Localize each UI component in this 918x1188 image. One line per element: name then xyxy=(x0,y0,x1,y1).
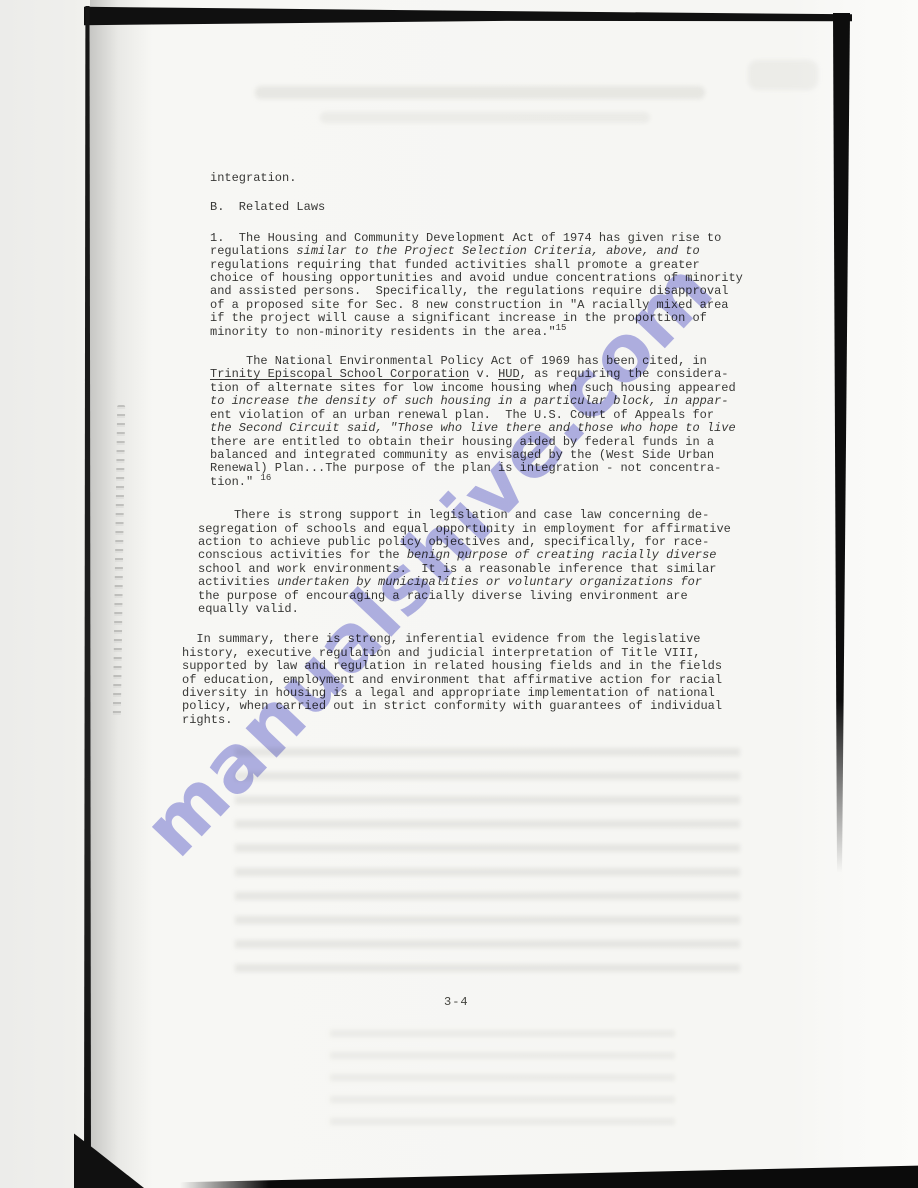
text-line: regulations requiring that funded activi… xyxy=(210,259,782,272)
text-line: equally valid. xyxy=(198,603,782,616)
text-line: integration. xyxy=(210,172,782,185)
text-line: The National Environmental Policy Act of… xyxy=(210,355,782,368)
scan-top-edge-bar xyxy=(84,5,852,27)
text-line: to increase the density of such housing … xyxy=(210,395,782,408)
page-number: 3-4 xyxy=(444,995,469,1009)
showthrough-text-block xyxy=(235,748,740,988)
text-line: In summary, there is strong, inferential… xyxy=(182,633,782,646)
showthrough-smudge xyxy=(748,60,818,90)
line-integration: integration. xyxy=(210,172,782,185)
text-line: tion of alternate sites for low income h… xyxy=(210,382,782,395)
text-line: B. Related Laws xyxy=(210,201,782,214)
showthrough-smudge xyxy=(255,86,705,99)
heading-related-laws: B. Related Laws xyxy=(210,201,782,214)
showthrough-smudge xyxy=(320,112,650,123)
text-line: ent violation of an urban renewal plan. … xyxy=(210,409,782,422)
text-line: school and work environments. It is a re… xyxy=(198,563,782,576)
scanned-page: integration.B. Related Laws1. The Housin… xyxy=(0,0,918,1188)
showthrough-text-block xyxy=(330,1030,675,1138)
scan-bottom-edge-bar xyxy=(180,1162,918,1188)
text-line: the purpose of encouraging a racially di… xyxy=(198,590,782,603)
text-line: activities undertaken by municipalities … xyxy=(198,576,782,589)
text-line: Trinity Episcopal School Corporation v. … xyxy=(210,368,782,381)
text-line: regulations similar to the Project Selec… xyxy=(210,245,782,258)
text-line: 1. The Housing and Community Development… xyxy=(210,232,782,245)
scan-right-edge-bar xyxy=(830,13,850,873)
